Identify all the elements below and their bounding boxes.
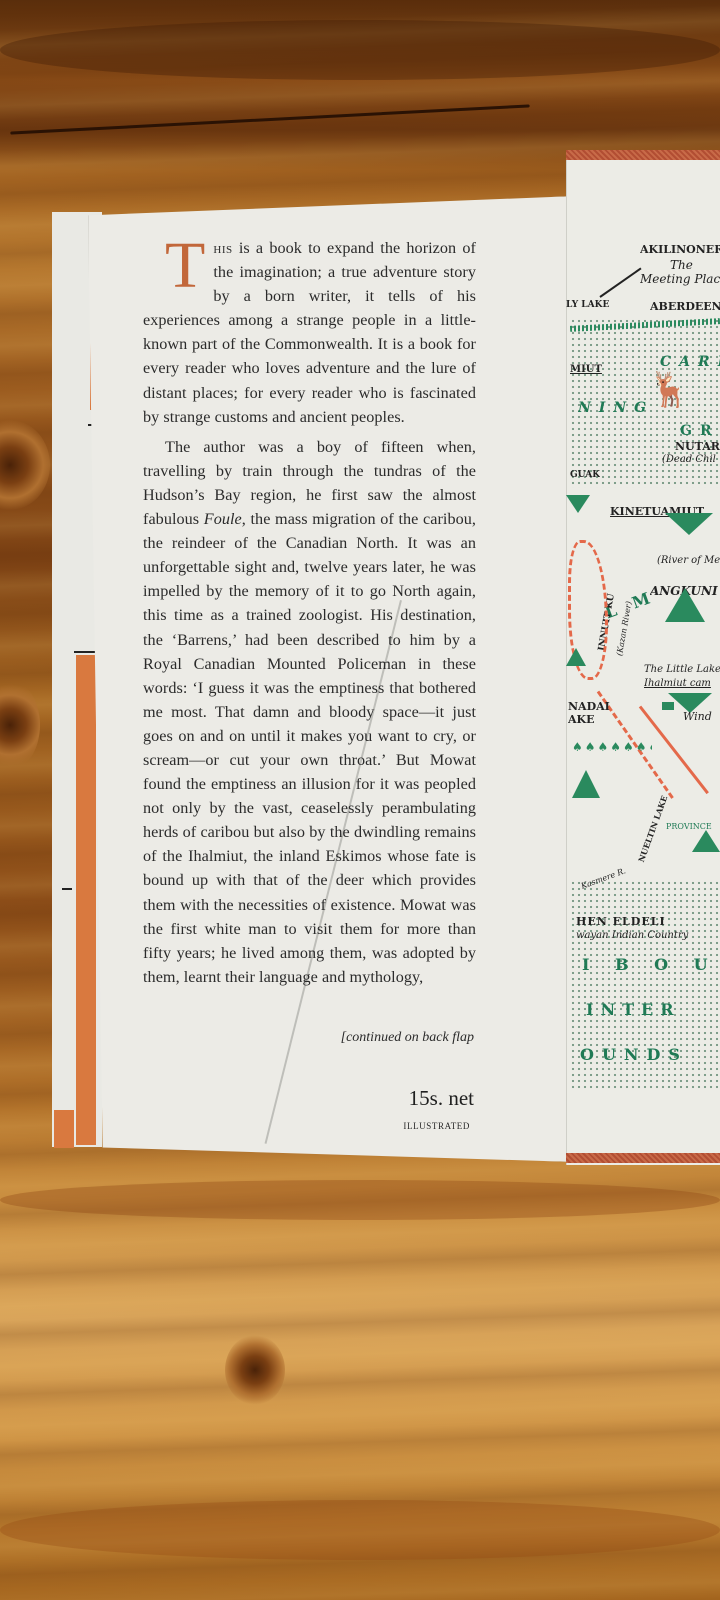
map-label-nadai: NADAI [568, 700, 610, 713]
map-label-nutar: NUTAR [675, 440, 720, 453]
drop-cap: T [165, 240, 205, 292]
map-triangle-marker [665, 513, 713, 535]
spine-mark [74, 651, 96, 653]
spine-orange-stripe [54, 1110, 74, 1148]
map-label-akilinoner: AKILINONER [640, 243, 720, 256]
map-label-the: The [670, 258, 693, 272]
map-label-river-of-me: (River of Me [657, 555, 720, 566]
wood-knot [0, 680, 40, 770]
map-label-ounds: OUNDS [580, 1045, 720, 1064]
illustrated-label: ILLUSTRATED [340, 1121, 470, 1131]
price: 15s. net [340, 1086, 474, 1111]
map-label-gr: GR [680, 423, 720, 439]
paragraph-2-italic: Foule [204, 510, 242, 528]
flap-blurb: This is a book to expand the horizon of … [143, 236, 476, 989]
continued-note: [continued on back flap [300, 1030, 474, 1046]
spine-mark [62, 888, 72, 890]
map-bottom-border [566, 1153, 720, 1163]
map-triangle-marker [566, 495, 590, 513]
map-label-ake: AKE [568, 713, 594, 726]
paragraph-2-text-b: , the mass migration of the caribou, the… [143, 510, 476, 986]
wood-grain-seam [10, 104, 529, 134]
map-label-aberdeen: ABERDEEN [650, 300, 720, 313]
wood-knot [0, 420, 50, 510]
map-label-dead-child: (Dead Chil [662, 454, 720, 465]
map-label-cari: CARI [660, 354, 720, 370]
wood-grain-band [0, 20, 720, 80]
map-label-wind: Wind [683, 710, 720, 723]
map-label-lake: LY LAKE [566, 300, 609, 310]
map-triangle-marker [692, 830, 720, 852]
map-label-ihalmiut-camp: Ihalmiut cam [644, 678, 720, 689]
wood-knot [225, 1335, 285, 1405]
map-triangle-marker [665, 588, 705, 622]
flag-icon [662, 702, 674, 710]
blurb-paragraph-1: This is a book to expand the horizon of … [143, 236, 476, 429]
map-triangle-marker [566, 648, 586, 666]
map-triangle-marker [572, 770, 600, 798]
wood-grain-band [0, 1180, 720, 1220]
map-label-inter: INTER [586, 1000, 720, 1019]
lead-word: his [213, 239, 232, 257]
map-label-ibou: I B O U [582, 955, 720, 974]
blurb-paragraph-2: The author was a boy of fifteen when, tr… [143, 435, 476, 989]
caribou-illustration: 🦌 [648, 370, 690, 410]
map-label-ning: NING [578, 400, 654, 416]
map-label-miut: MIUT [570, 364, 602, 375]
map-label-guak: GUAK [570, 470, 600, 480]
map-label-then-eldeli: HEN ELDELI [576, 915, 666, 928]
tree-row: ♠♠♠♠♠♠♠♠ [572, 740, 652, 754]
spine-orange-stripe [76, 655, 96, 1145]
map-top-border [566, 150, 720, 160]
map-label-indian-country: wayan Indian Country [576, 930, 720, 941]
map-label-meeting-place: Meeting Place [640, 272, 720, 286]
wood-grain-band [0, 1500, 720, 1560]
map-label-little-lake: The Little Lake [644, 664, 720, 675]
